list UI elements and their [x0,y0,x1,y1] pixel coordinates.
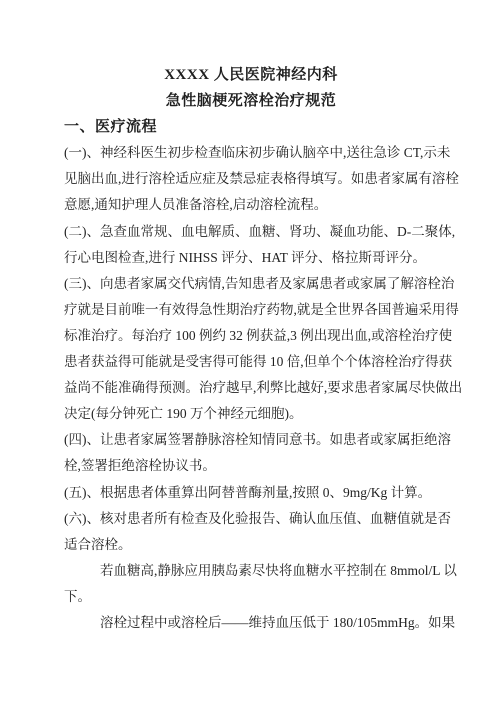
document-line: 标准治疗。每治疗 100 例约 32 例获益,3 例出现出血,或溶栓治疗使 [64,323,438,349]
document-line: (五)、根据患者体重算出阿替普酶剂量,按照 0、9mg/Kg 计算。 [64,480,438,506]
document-line: (二)、急查血常规、血电解质、血糖、肾功、凝血功能、D-二聚体, [64,219,438,245]
document-content: XXXX 人民医院神经内科 急性脑梗死溶栓治疗规范 一、医疗流程 (一)、神经科… [0,0,500,636]
document-line: (三)、向患者家属交代病情,告知患者及家属患者或家属了解溶栓治 [64,271,438,297]
document-line: 行心电图检查,进行 NIHSS 评分、HAT 评分、格拉斯哥评分。 [64,245,438,271]
document-line: 下。 [64,584,438,610]
document-line: 溶栓过程中或溶栓后——维持血压低于 180/105mmHg。如果 [64,610,438,636]
section-heading: 一、医疗流程 [64,114,438,140]
document-line: 意愿,通知护理人员准备溶栓,启动溶栓流程。 [64,192,438,218]
document-line: 疗就是目前唯一有效得急性期治疗药物,就是全世界各国普遍采用得 [64,297,438,323]
document-subtitle: 急性脑梗死溶栓治疗规范 [64,88,438,114]
document-line: 患者获益得可能就是受害得可能得 10 倍,但单个个体溶栓治疗得获 [64,349,438,375]
document-title: XXXX 人民医院神经内科 [64,62,438,88]
document-line: 益尚不能准确得预测。治疗越早,利弊比越好,要求患者家属尽快做出 [64,375,438,401]
document-line: 栓,签署拒绝溶栓协议书。 [64,453,438,479]
document-body: (一)、神经科医生初步检查临床初步确认脑卒中,送往急诊 CT,示未见脑出血,进行… [64,140,438,636]
document-line: 若血糖高,静脉应用胰岛素尽快将血糖水平控制在 8mmol/L 以 [64,558,438,584]
document-line: (一)、神经科医生初步检查临床初步确认脑卒中,送往急诊 CT,示未 [64,140,438,166]
document-line: (四)、让患者家属签署静脉溶栓知情同意书。如患者或家属拒绝溶 [64,427,438,453]
document-line: (六)、核对患者所有检查及化验报告、确认血压值、血糖值就是否 [64,506,438,532]
document-page: XXXX 人民医院神经内科 急性脑梗死溶栓治疗规范 一、医疗流程 (一)、神经科… [0,0,500,707]
document-line: 见脑出血,进行溶栓适应症及禁忌症表格得填写。如患者家属有溶栓 [64,166,438,192]
document-line: 适合溶栓。 [64,532,438,558]
document-line: 决定(每分钟死亡 190 万个神经元细胞)。 [64,401,438,427]
